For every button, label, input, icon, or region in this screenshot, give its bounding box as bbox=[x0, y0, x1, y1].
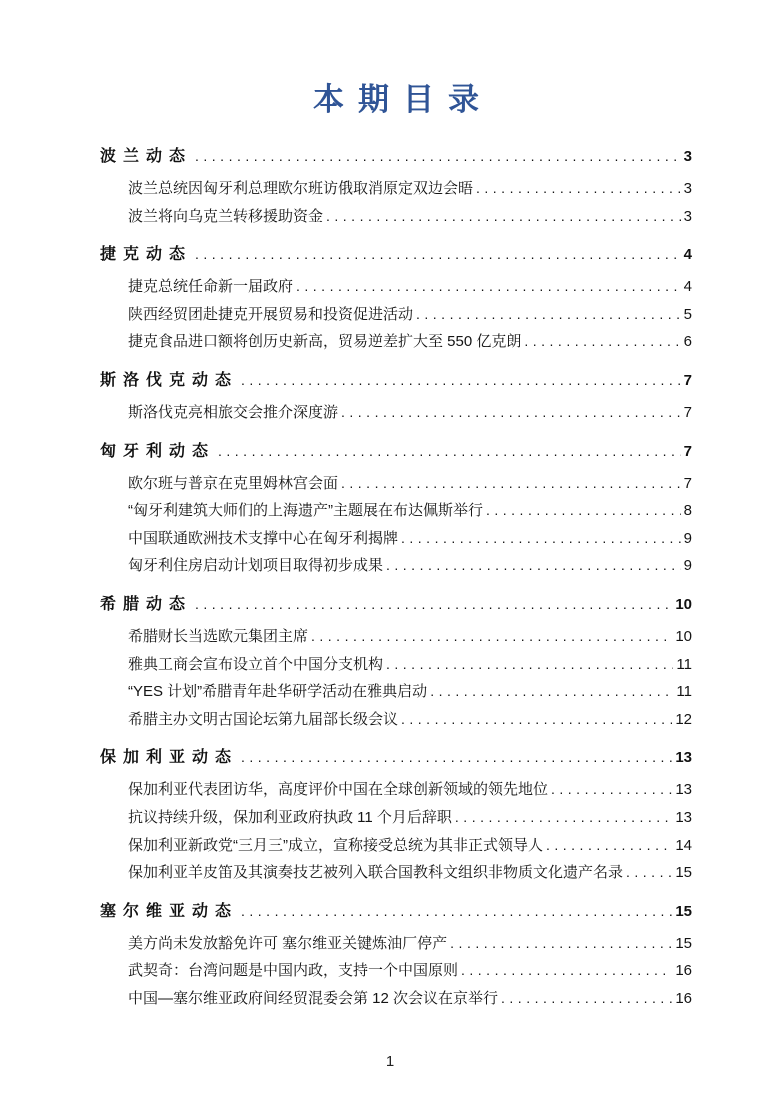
toc-section: 匈牙利动态 7 欧尔班与普京在克里姆林宫会面 7 “匈牙利建筑大师们的上海遗产”… bbox=[100, 440, 692, 580]
toc-item-entry[interactable]: 保加利亚新政党“三月三”成立，宣称接受总统为其非正式领导人 14 bbox=[128, 832, 692, 860]
dot-leader bbox=[450, 930, 672, 958]
toc-item-page-number: 9 bbox=[682, 525, 692, 553]
toc-section: 斯洛伐克动态 7 斯洛伐克亮相旅交会推介深度游 7 bbox=[100, 369, 692, 427]
toc-item-label: 捷克总统任命新一届政府 bbox=[128, 273, 293, 301]
dot-leader bbox=[461, 957, 672, 985]
toc-section-items: 保加利亚代表团访华，高度评价中国在全球创新领域的领先地位 13 抗议持续升级，保… bbox=[100, 776, 692, 886]
toc-item-page-number: 6 bbox=[682, 328, 692, 356]
toc-item-page-number: 11 bbox=[674, 651, 692, 679]
dot-leader bbox=[501, 985, 672, 1013]
toc-item-page-number: 7 bbox=[682, 470, 692, 498]
toc-item-entry[interactable]: 捷克食品进口额将创历史新高，贸易逆差扩大至 550 亿克朗 6 bbox=[128, 328, 692, 356]
toc-item-page-number: 13 bbox=[673, 804, 692, 832]
toc-section-entry[interactable]: 塞尔维亚动态 15 bbox=[100, 900, 692, 923]
toc-item-label: 希腊财长当选欧元集团主席 bbox=[128, 623, 308, 651]
toc-section-items: 波兰总统因匈牙利总理欧尔班访俄取消原定双边会晤 3 波兰将向乌克兰转移援助资金 … bbox=[100, 175, 692, 230]
toc-item-entry[interactable]: 匈牙利住房启动计划项目取得初步成果 9 bbox=[128, 552, 692, 580]
dot-leader bbox=[401, 525, 681, 553]
toc-section-items: 捷克总统任命新一届政府 4 陕西经贸团赴捷克开展贸易和投资促进活动 5 捷克食品… bbox=[100, 273, 692, 356]
toc-item-page-number: 4 bbox=[682, 273, 692, 301]
toc-section-entry[interactable]: 波兰动态 3 bbox=[100, 145, 692, 168]
dot-leader bbox=[524, 328, 680, 356]
toc-item-label: 保加利亚新政党“三月三”成立，宣称接受总统为其非正式领导人 bbox=[128, 832, 543, 860]
toc-section-items: 斯洛伐克亮相旅交会推介深度游 7 bbox=[100, 399, 692, 427]
toc-item-entry[interactable]: 保加利亚代表团访华，高度评价中国在全球创新领域的领先地位 13 bbox=[128, 776, 692, 804]
toc-item-entry[interactable]: 武契奇：台湾问题是中国内政，支持一个中国原则 16 bbox=[128, 957, 692, 985]
toc-section-page-number: 7 bbox=[682, 440, 692, 463]
toc-section: 捷克动态 4 捷克总统任命新一届政府 4 陕西经贸团赴捷克开展贸易和投资促进活动… bbox=[100, 243, 692, 356]
toc-item-page-number: 15 bbox=[673, 859, 692, 887]
toc-item-entry[interactable]: 希腊财长当选欧元集团主席 10 bbox=[128, 623, 692, 651]
toc-section-page-number: 7 bbox=[682, 369, 692, 392]
toc-item-label: 保加利亚羊皮笛及其演奏技艺被列入联合国教科文组织非物质文化遗产名录 bbox=[128, 859, 623, 887]
toc-section: 波兰动态 3 波兰总统因匈牙利总理欧尔班访俄取消原定双边会晤 3 波兰将向乌克兰… bbox=[100, 145, 692, 230]
toc-item-label: 陕西经贸团赴捷克开展贸易和投资促进活动 bbox=[128, 301, 413, 329]
toc-section-page-number: 15 bbox=[673, 900, 692, 923]
toc-item-entry[interactable]: 斯洛伐克亮相旅交会推介深度游 7 bbox=[128, 399, 692, 427]
dot-leader bbox=[416, 301, 681, 329]
toc-section: 保加利亚动态 13 保加利亚代表团访华，高度评价中国在全球创新领域的领先地位 1… bbox=[100, 746, 692, 886]
toc-item-entry[interactable]: 雅典工商会宣布设立首个中国分支机构 11 bbox=[128, 651, 692, 679]
dot-leader bbox=[326, 203, 681, 231]
toc-section-entry[interactable]: 捷克动态 4 bbox=[100, 243, 692, 266]
dot-leader bbox=[401, 706, 672, 734]
toc-item-page-number: 16 bbox=[673, 985, 692, 1013]
toc-section-label: 斯洛伐克动态 bbox=[100, 369, 238, 392]
dot-leader bbox=[241, 369, 681, 392]
toc-item-entry[interactable]: 抗议持续升级，保加利亚政府执政 11 个月后辞职 13 bbox=[128, 804, 692, 832]
toc-section: 希腊动态 10 希腊财长当选欧元集团主席 10 雅典工商会宣布设立首个中国分支机… bbox=[100, 593, 692, 733]
dot-leader bbox=[386, 651, 673, 679]
dot-leader bbox=[551, 776, 672, 804]
toc-section-items: 美方尚未发放豁免许可 塞尔维亚关键炼油厂停产 15 武契奇：台湾问题是中国内政，… bbox=[100, 930, 692, 1013]
toc-item-entry[interactable]: 中国—塞尔维亚政府间经贸混委会第 12 次会议在京举行 16 bbox=[128, 985, 692, 1013]
toc-section-label: 匈牙利动态 bbox=[100, 440, 215, 463]
toc-item-label: 抗议持续升级，保加利亚政府执政 11 个月后辞职 bbox=[128, 804, 452, 832]
dot-leader bbox=[296, 273, 681, 301]
toc-section-page-number: 3 bbox=[682, 145, 692, 168]
toc-item-page-number: 9 bbox=[682, 552, 692, 580]
toc-item-entry[interactable]: 美方尚未发放豁免许可 塞尔维亚关键炼油厂停产 15 bbox=[128, 930, 692, 958]
toc-item-page-number: 5 bbox=[682, 301, 692, 329]
toc-item-page-number: 8 bbox=[682, 497, 692, 525]
dot-leader bbox=[241, 900, 672, 923]
toc-item-page-number: 7 bbox=[682, 399, 692, 427]
toc-item-page-number: 15 bbox=[673, 930, 692, 958]
toc-item-entry[interactable]: 中国联通欧洲技术支撑中心在匈牙利揭牌 9 bbox=[128, 525, 692, 553]
toc-item-page-number: 14 bbox=[673, 832, 692, 860]
toc-item-label: 美方尚未发放豁免许可 塞尔维亚关键炼油厂停产 bbox=[128, 930, 447, 958]
toc-section-entry[interactable]: 希腊动态 10 bbox=[100, 593, 692, 616]
dot-leader bbox=[311, 623, 672, 651]
dot-leader bbox=[195, 145, 681, 168]
dot-leader bbox=[486, 497, 681, 525]
toc-section-entry[interactable]: 匈牙利动态 7 bbox=[100, 440, 692, 463]
toc-item-label: 波兰将向乌克兰转移援助资金 bbox=[128, 203, 323, 231]
toc-item-label: “YES 计划”希腊青年赴华研学活动在雅典启动 bbox=[128, 678, 427, 706]
dot-leader bbox=[430, 678, 673, 706]
toc-item-label: 雅典工商会宣布设立首个中国分支机构 bbox=[128, 651, 383, 679]
dot-leader bbox=[341, 399, 681, 427]
toc-item-entry[interactable]: 波兰总统因匈牙利总理欧尔班访俄取消原定双边会晤 3 bbox=[128, 175, 692, 203]
page-title: 本期目录 bbox=[100, 74, 692, 119]
toc-section-page-number: 4 bbox=[682, 243, 692, 266]
toc-item-entry[interactable]: 陕西经贸团赴捷克开展贸易和投资促进活动 5 bbox=[128, 301, 692, 329]
toc-item-page-number: 10 bbox=[673, 623, 692, 651]
dot-leader bbox=[218, 440, 681, 463]
toc-section-items: 希腊财长当选欧元集团主席 10 雅典工商会宣布设立首个中国分支机构 11 “YE… bbox=[100, 623, 692, 733]
dot-leader bbox=[476, 175, 681, 203]
toc-item-entry[interactable]: 波兰将向乌克兰转移援助资金 3 bbox=[128, 203, 692, 231]
toc-section: 塞尔维亚动态 15 美方尚未发放豁免许可 塞尔维亚关键炼油厂停产 15 武契奇：… bbox=[100, 900, 692, 1013]
toc-item-page-number: 12 bbox=[673, 706, 692, 734]
toc-section-items: 欧尔班与普京在克里姆林宫会面 7 “匈牙利建筑大师们的上海遗产”主题展在布达佩斯… bbox=[100, 470, 692, 580]
dot-leader bbox=[386, 552, 681, 580]
toc-item-page-number: 13 bbox=[673, 776, 692, 804]
toc-item-entry[interactable]: 捷克总统任命新一届政府 4 bbox=[128, 273, 692, 301]
toc-section-label: 捷克动态 bbox=[100, 243, 192, 266]
toc-section-page-number: 10 bbox=[673, 593, 692, 616]
toc-item-entry[interactable]: “匈牙利建筑大师们的上海遗产”主题展在布达佩斯举行 8 bbox=[128, 497, 692, 525]
toc-item-entry[interactable]: 欧尔班与普京在克里姆林宫会面 7 bbox=[128, 470, 692, 498]
toc-item-label: 欧尔班与普京在克里姆林宫会面 bbox=[128, 470, 338, 498]
toc-section-label: 塞尔维亚动态 bbox=[100, 900, 238, 923]
dot-leader bbox=[195, 593, 672, 616]
toc-item-label: 希腊主办文明古国论坛第九届部长级会议 bbox=[128, 706, 398, 734]
toc-item-label: 斯洛伐克亮相旅交会推介深度游 bbox=[128, 399, 338, 427]
toc-item-label: 波兰总统因匈牙利总理欧尔班访俄取消原定双边会晤 bbox=[128, 175, 473, 203]
toc-item-label: 保加利亚代表团访华，高度评价中国在全球创新领域的领先地位 bbox=[128, 776, 548, 804]
toc-item-label: “匈牙利建筑大师们的上海遗产”主题展在布达佩斯举行 bbox=[128, 497, 483, 525]
dot-leader bbox=[626, 859, 672, 887]
dot-leader bbox=[546, 832, 672, 860]
toc-section-label: 保加利亚动态 bbox=[100, 746, 238, 769]
toc-section-label: 希腊动态 bbox=[100, 593, 192, 616]
toc-item-page-number: 11 bbox=[674, 678, 692, 706]
toc-section-entry[interactable]: 斯洛伐克动态 7 bbox=[100, 369, 692, 392]
dot-leader bbox=[195, 243, 681, 266]
toc-item-label: 匈牙利住房启动计划项目取得初步成果 bbox=[128, 552, 383, 580]
toc-item-label: 中国—塞尔维亚政府间经贸混委会第 12 次会议在京举行 bbox=[128, 985, 498, 1013]
toc-item-entry[interactable]: 希腊主办文明古国论坛第九届部长级会议 12 bbox=[128, 706, 692, 734]
toc-item-label: 武契奇：台湾问题是中国内政，支持一个中国原则 bbox=[128, 957, 458, 985]
dot-leader bbox=[341, 470, 681, 498]
toc-item-entry[interactable]: 保加利亚羊皮笛及其演奏技艺被列入联合国教科文组织非物质文化遗产名录 15 bbox=[128, 859, 692, 887]
toc-item-page-number: 3 bbox=[682, 203, 692, 231]
toc-section-label: 波兰动态 bbox=[100, 145, 192, 168]
page-number: 1 bbox=[0, 1053, 780, 1070]
toc-section-page-number: 13 bbox=[673, 746, 692, 769]
toc-item-entry[interactable]: “YES 计划”希腊青年赴华研学活动在雅典启动 11 bbox=[128, 678, 692, 706]
dot-leader bbox=[241, 746, 672, 769]
table-of-contents: 波兰动态 3 波兰总统因匈牙利总理欧尔班访俄取消原定双边会晤 3 波兰将向乌克兰… bbox=[100, 145, 692, 1012]
toc-section-entry[interactable]: 保加利亚动态 13 bbox=[100, 746, 692, 769]
toc-item-label: 中国联通欧洲技术支撑中心在匈牙利揭牌 bbox=[128, 525, 398, 553]
dot-leader bbox=[455, 804, 672, 832]
toc-item-page-number: 16 bbox=[673, 957, 692, 985]
toc-page: 本期目录 波兰动态 3 波兰总统因匈牙利总理欧尔班访俄取消原定双边会晤 3 波兰… bbox=[0, 0, 780, 1108]
toc-item-label: 捷克食品进口额将创历史新高，贸易逆差扩大至 550 亿克朗 bbox=[128, 328, 521, 356]
toc-item-page-number: 3 bbox=[682, 175, 692, 203]
